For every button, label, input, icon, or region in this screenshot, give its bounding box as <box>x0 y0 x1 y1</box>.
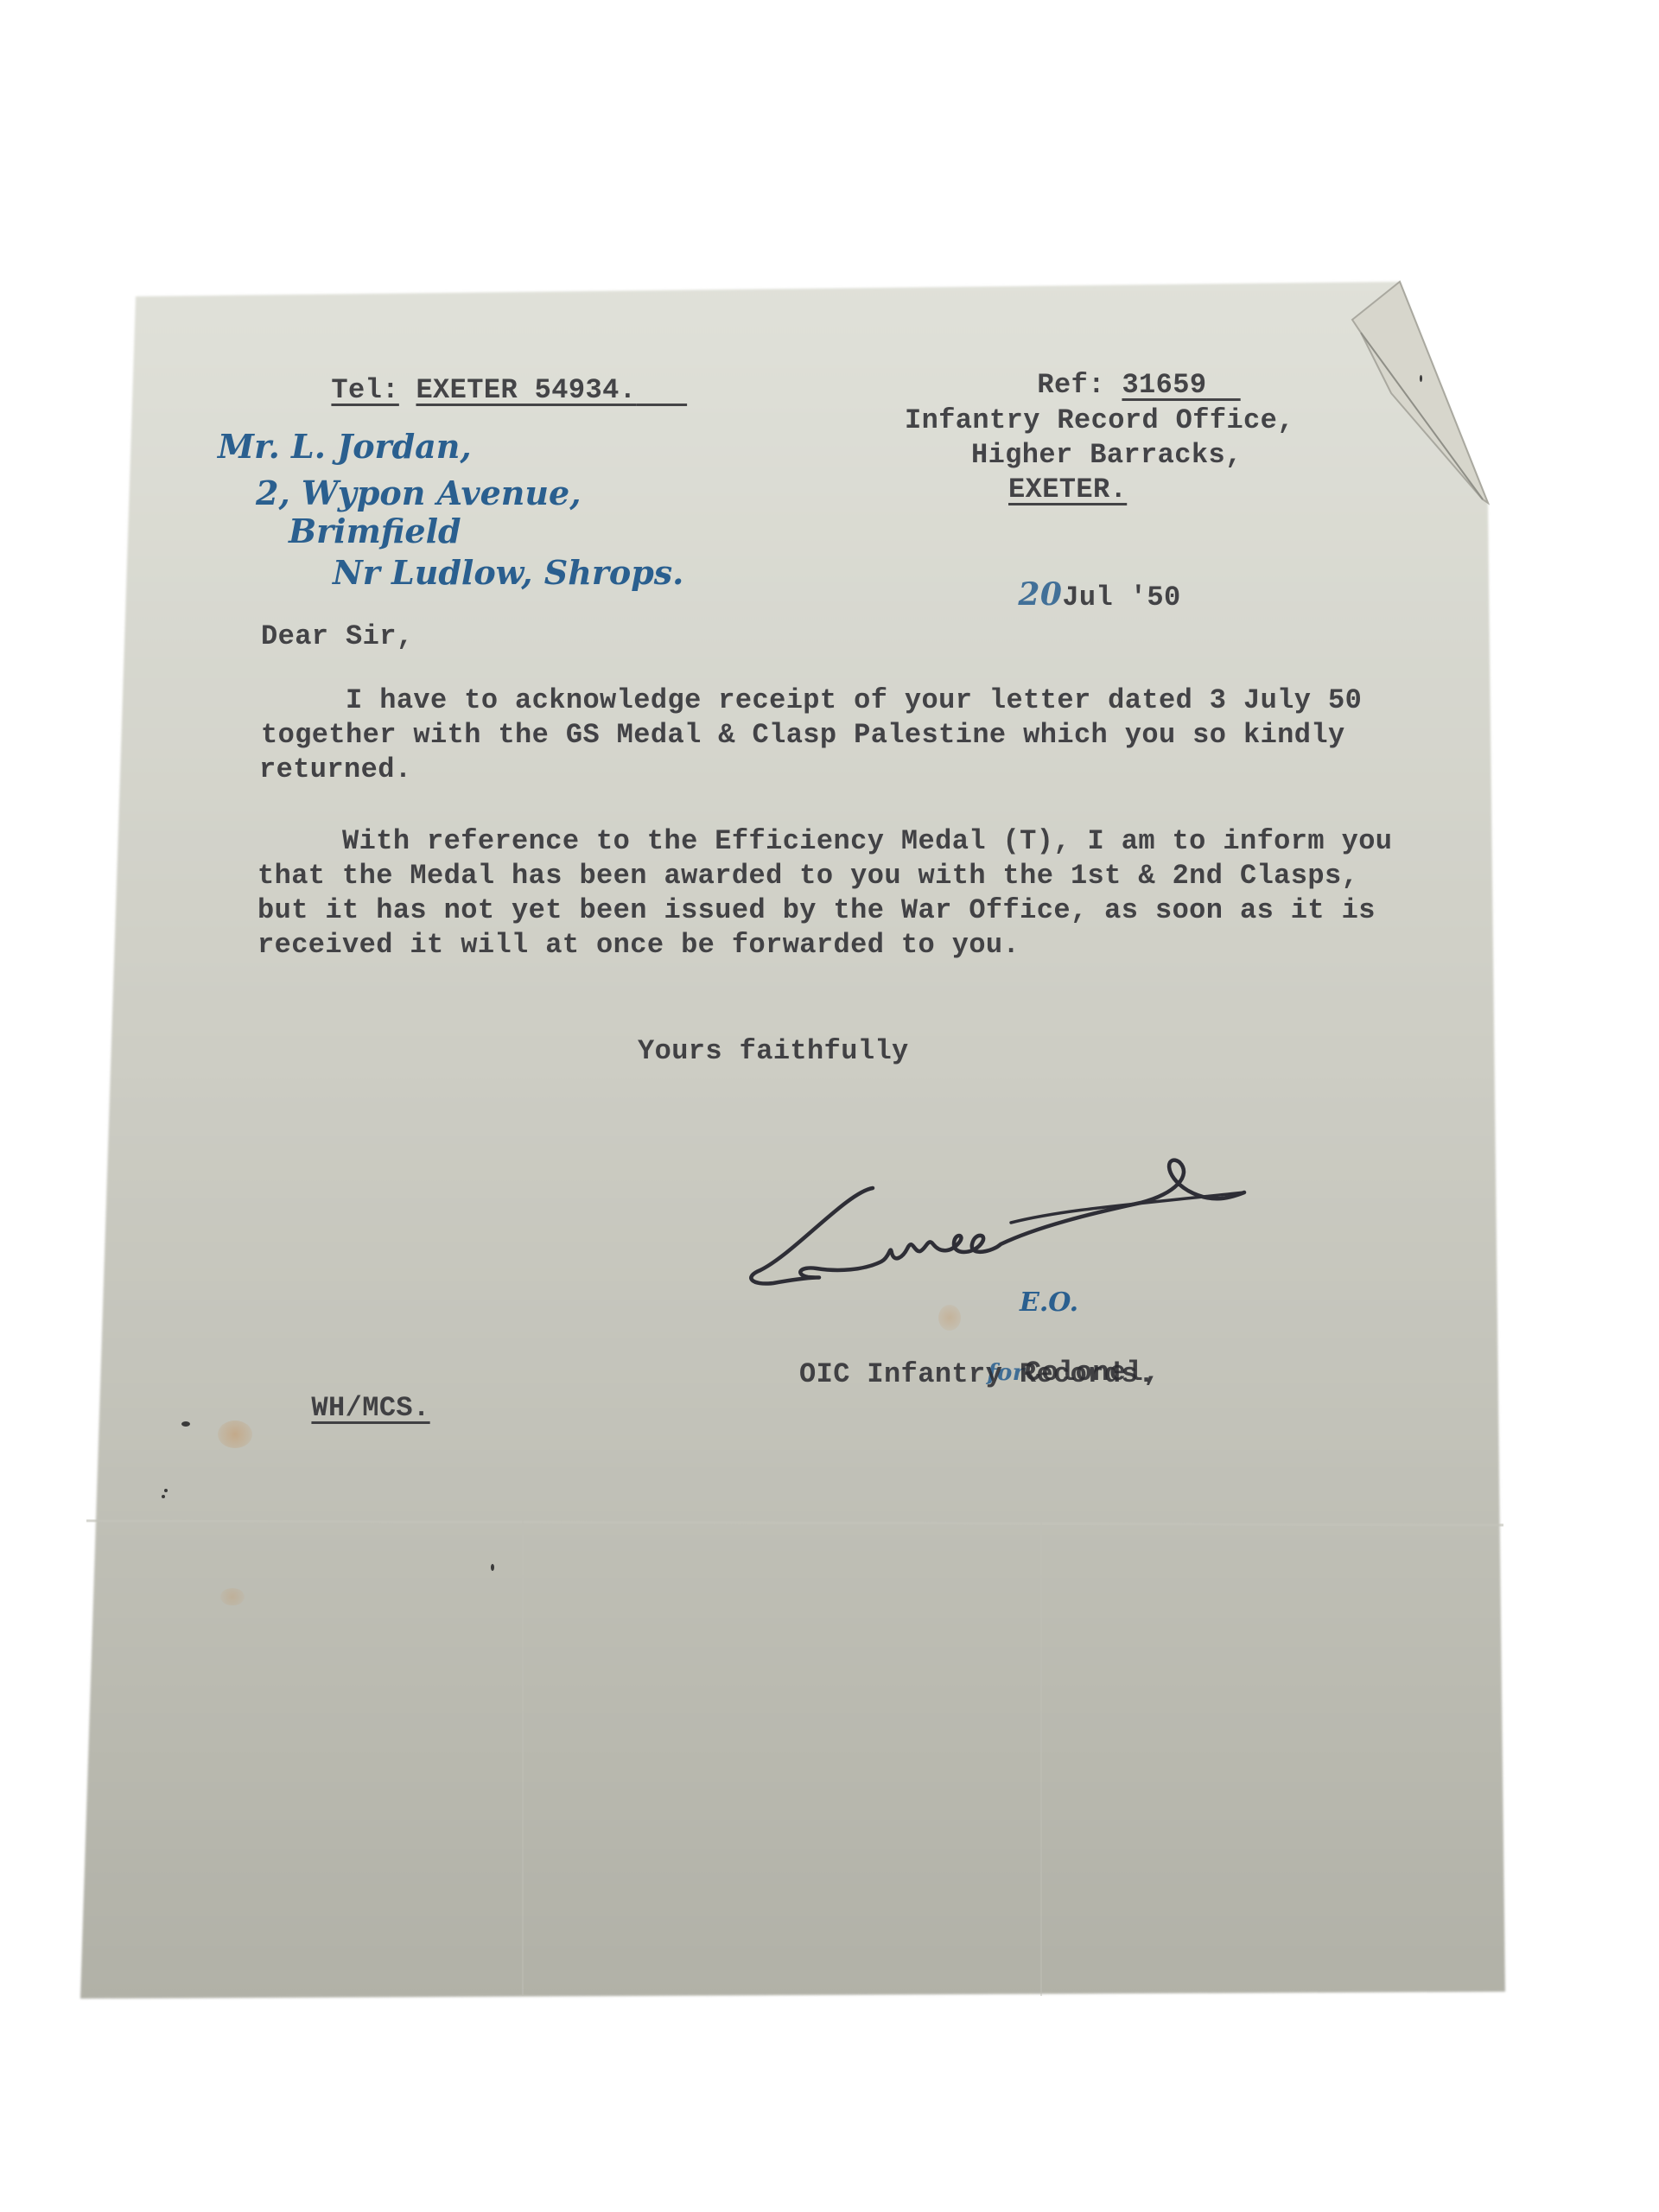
ink-speck <box>181 1421 190 1427</box>
ink-speck <box>1420 375 1422 382</box>
reference-initials: WH/MCS. <box>244 1360 430 1456</box>
closing: Yours faithfully <box>638 1035 909 1067</box>
ref-value: 31659 <box>1122 369 1206 401</box>
paragraph1-line1: I have to acknowledge receipt of your le… <box>261 684 1362 716</box>
recipient-name: Mr. L. Jordan, <box>218 427 472 466</box>
ink-speck <box>491 1564 494 1571</box>
tel-line: Tel: EXETER 54934. <box>264 342 687 438</box>
recipient-town: Nr Ludlow, Shrops. <box>333 553 683 592</box>
paragraph2-line2: that the Medal has been awarded to you w… <box>257 860 1358 892</box>
paragraph2-line3: but it has not yet been issued by the Wa… <box>257 894 1376 926</box>
recipient-village: Brimfield <box>289 512 461 550</box>
paragraph2-line4: received it will at once be forwarded to… <box>257 929 1020 961</box>
date-month-year: Jul '50 <box>1062 582 1180 613</box>
salutation: Dear Sir, <box>261 620 413 652</box>
ref-label: Ref: <box>1037 369 1104 401</box>
ink-speck <box>164 1489 168 1492</box>
letter-document: Tel: EXETER 54934. Ref: 31659 Infantry R… <box>0 0 1659 2212</box>
sender-address-line2: Higher Barracks, <box>971 439 1243 471</box>
signatory-annotation: E.O. <box>1020 1287 1078 1318</box>
ink-speck <box>162 1495 165 1498</box>
sender-address-line3: EXETER. <box>1008 474 1127 505</box>
tel-label: Tel: <box>331 374 398 406</box>
recipient-street: 2, Wypon Avenue, <box>256 474 581 512</box>
stain-mark <box>220 1588 245 1605</box>
reference-initials-text: WH/MCS. <box>311 1392 429 1424</box>
sender-city: EXETER. <box>1008 474 1127 505</box>
tel-value: EXETER 54934. <box>416 374 636 406</box>
letter-date: 20Jul '50 <box>950 544 1181 645</box>
paragraph2-line1: With reference to the Efficiency Medal (… <box>257 825 1392 857</box>
paragraph1-line2: together with the GS Medal & Clasp Pales… <box>261 719 1345 751</box>
date-day: 20 <box>1018 576 1062 613</box>
signatory-title-line2: OIC Infantry Records. <box>799 1358 1155 1390</box>
sender-address-line1: Infantry Record Office, <box>905 404 1294 436</box>
paragraph1-line3: returned. <box>259 753 411 785</box>
paper-sheet <box>0 0 1659 2212</box>
